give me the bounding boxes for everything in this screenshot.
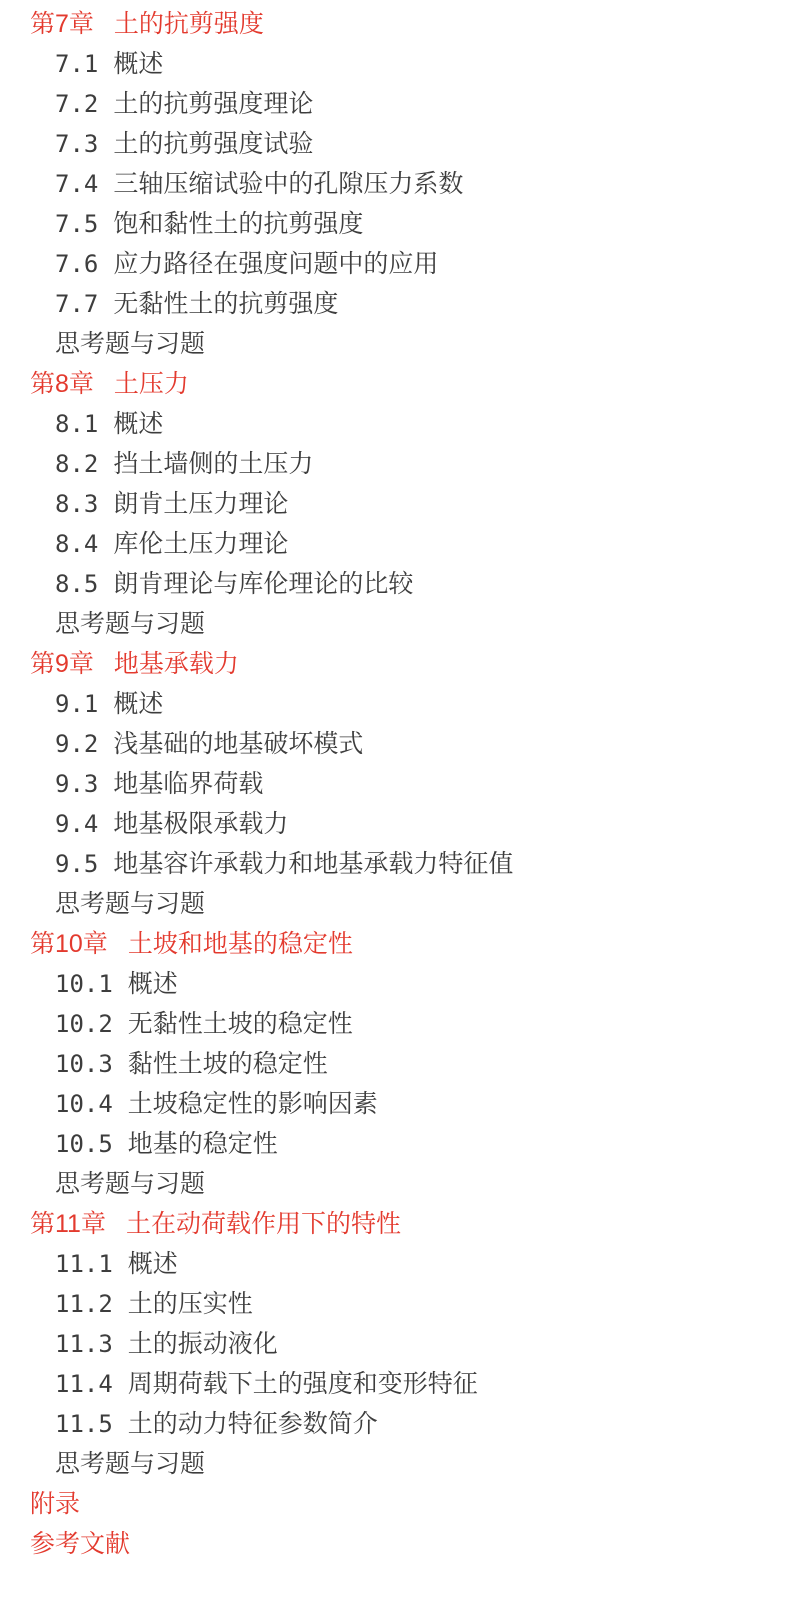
chapter-number: 第11章 xyxy=(30,1204,106,1244)
toc-section-row: 10.2无黏性土坡的稳定性 xyxy=(0,1004,790,1044)
toc-section-row: 7.4三轴压缩试验中的孔隙压力系数 xyxy=(0,164,790,204)
section-number: 8.1 xyxy=(55,404,98,444)
toc-section-row: 11.2土的压实性 xyxy=(0,1284,790,1324)
section-number: 10.4 xyxy=(55,1084,113,1124)
toc-section-row: 11.5土的动力特征参数简介 xyxy=(0,1404,790,1444)
toc-section-row: 11.1概述 xyxy=(0,1244,790,1284)
exercises-label: 思考题与习题 xyxy=(55,884,205,924)
section-title: 无黏性土坡的稳定性 xyxy=(128,1004,353,1044)
toc-section-row: 11.4周期荷载下土的强度和变形特征 xyxy=(0,1364,790,1404)
section-number: 7.2 xyxy=(55,84,98,124)
toc-section-row: 10.1概述 xyxy=(0,964,790,1004)
section-title: 三轴压缩试验中的孔隙压力系数 xyxy=(113,164,463,204)
section-title: 浅基础的地基破坏模式 xyxy=(113,724,363,764)
section-title: 土的压实性 xyxy=(128,1284,253,1324)
toc-section-row: 7.2土的抗剪强度理论 xyxy=(0,84,790,124)
section-number: 10.1 xyxy=(55,964,113,1004)
chapter-list: 第7章土的抗剪强度7.1概述7.2土的抗剪强度理论7.3土的抗剪强度试验7.4三… xyxy=(0,4,790,1484)
section-title: 朗肯理论与库伦理论的比较 xyxy=(113,564,413,604)
toc-section-row: 11.3土的振动液化 xyxy=(0,1324,790,1364)
exercises-label: 思考题与习题 xyxy=(55,324,205,364)
section-title: 应力路径在强度问题中的应用 xyxy=(113,244,438,284)
toc-section-row: 8.4库伦土压力理论 xyxy=(0,524,790,564)
exercises-row: 思考题与习题 xyxy=(0,1164,790,1204)
exercises-row: 思考题与习题 xyxy=(0,324,790,364)
section-title: 概述 xyxy=(113,44,163,84)
toc-section-row: 7.3土的抗剪强度试验 xyxy=(0,124,790,164)
section-title: 土的抗剪强度理论 xyxy=(113,84,313,124)
toc-section-row: 10.3黏性土坡的稳定性 xyxy=(0,1044,790,1084)
section-title: 无黏性土的抗剪强度 xyxy=(113,284,338,324)
toc-section-row: 9.3地基临界荷载 xyxy=(0,764,790,804)
section-number: 9.5 xyxy=(55,844,98,884)
references-label: 参考文献 xyxy=(30,1524,130,1564)
chapter-number: 第9章 xyxy=(30,644,94,684)
chapter-heading: 第11章土在动荷载作用下的特性 xyxy=(0,1204,790,1244)
section-title: 土坡稳定性的影响因素 xyxy=(128,1084,378,1124)
chapter-heading: 第9章地基承载力 xyxy=(0,644,790,684)
exercises-row: 思考题与习题 xyxy=(0,884,790,924)
toc-section-row: 8.2挡土墙侧的土压力 xyxy=(0,444,790,484)
toc-section-row: 7.6应力路径在强度问题中的应用 xyxy=(0,244,790,284)
section-number: 9.4 xyxy=(55,804,98,844)
chapter-heading: 第10章土坡和地基的稳定性 xyxy=(0,924,790,964)
exercises-row: 思考题与习题 xyxy=(0,1444,790,1484)
chapter-title: 土的抗剪强度 xyxy=(114,4,264,44)
section-number: 9.3 xyxy=(55,764,98,804)
section-number: 9.1 xyxy=(55,684,98,724)
appendix-heading: 附录 xyxy=(0,1484,790,1524)
references-heading: 参考文献 xyxy=(0,1524,790,1564)
section-title: 土的动力特征参数简介 xyxy=(128,1404,378,1444)
toc-section-row: 7.5饱和黏性土的抗剪强度 xyxy=(0,204,790,244)
section-number: 11.1 xyxy=(55,1244,113,1284)
chapter-title: 地基承载力 xyxy=(114,644,239,684)
section-number: 8.2 xyxy=(55,444,98,484)
toc-section-row: 7.7无黏性土的抗剪强度 xyxy=(0,284,790,324)
section-title: 朗肯土压力理论 xyxy=(113,484,288,524)
section-number: 8.5 xyxy=(55,564,98,604)
section-number: 10.3 xyxy=(55,1044,113,1084)
section-number: 8.4 xyxy=(55,524,98,564)
chapter-number: 第8章 xyxy=(30,364,94,404)
chapter-heading: 第7章土的抗剪强度 xyxy=(0,4,790,44)
section-title: 库伦土压力理论 xyxy=(113,524,288,564)
section-title: 挡土墙侧的土压力 xyxy=(113,444,313,484)
chapter-heading: 第8章土压力 xyxy=(0,364,790,404)
section-number: 10.5 xyxy=(55,1124,113,1164)
section-title: 周期荷载下土的强度和变形特征 xyxy=(128,1364,478,1404)
section-title: 概述 xyxy=(113,684,163,724)
section-number: 11.2 xyxy=(55,1284,113,1324)
section-number: 11.4 xyxy=(55,1364,113,1404)
section-number: 7.1 xyxy=(55,44,98,84)
toc-section-row: 9.2浅基础的地基破坏模式 xyxy=(0,724,790,764)
exercises-label: 思考题与习题 xyxy=(55,1164,205,1204)
chapter-title: 土压力 xyxy=(114,364,189,404)
section-number: 11.5 xyxy=(55,1404,113,1444)
section-title: 土的抗剪强度试验 xyxy=(113,124,313,164)
exercises-label: 思考题与习题 xyxy=(55,1444,205,1484)
toc-section-row: 9.1概述 xyxy=(0,684,790,724)
chapter-title: 土坡和地基的稳定性 xyxy=(128,924,353,964)
section-number: 7.5 xyxy=(55,204,98,244)
section-number: 10.2 xyxy=(55,1004,113,1044)
section-number: 11.3 xyxy=(55,1324,113,1364)
appendix-label: 附录 xyxy=(30,1484,80,1524)
section-title: 黏性土坡的稳定性 xyxy=(128,1044,328,1084)
section-title: 饱和黏性土的抗剪强度 xyxy=(113,204,363,244)
section-title: 地基临界荷载 xyxy=(113,764,263,804)
table-of-contents: 第7章土的抗剪强度7.1概述7.2土的抗剪强度理论7.3土的抗剪强度试验7.4三… xyxy=(0,4,790,1564)
section-title: 概述 xyxy=(128,1244,178,1284)
toc-section-row: 10.4土坡稳定性的影响因素 xyxy=(0,1084,790,1124)
chapter-number: 第10章 xyxy=(30,924,108,964)
section-title: 地基极限承载力 xyxy=(113,804,288,844)
toc-section-row: 9.4地基极限承载力 xyxy=(0,804,790,844)
section-number: 9.2 xyxy=(55,724,98,764)
toc-page: 第7章土的抗剪强度7.1概述7.2土的抗剪强度理论7.3土的抗剪强度试验7.4三… xyxy=(0,0,790,1564)
toc-section-row: 8.3朗肯土压力理论 xyxy=(0,484,790,524)
toc-section-row: 7.1概述 xyxy=(0,44,790,84)
exercises-label: 思考题与习题 xyxy=(55,604,205,644)
section-title: 地基容许承载力和地基承载力特征值 xyxy=(113,844,513,884)
toc-section-row: 10.5地基的稳定性 xyxy=(0,1124,790,1164)
chapter-number: 第7章 xyxy=(30,4,94,44)
section-number: 7.6 xyxy=(55,244,98,284)
toc-section-row: 8.1概述 xyxy=(0,404,790,444)
chapter-title: 土在动荷载作用下的特性 xyxy=(126,1204,401,1244)
section-title: 地基的稳定性 xyxy=(128,1124,278,1164)
section-title: 概述 xyxy=(113,404,163,444)
exercises-row: 思考题与习题 xyxy=(0,604,790,644)
section-number: 8.3 xyxy=(55,484,98,524)
section-title: 概述 xyxy=(128,964,178,1004)
toc-section-row: 8.5朗肯理论与库伦理论的比较 xyxy=(0,564,790,604)
section-number: 7.7 xyxy=(55,284,98,324)
section-number: 7.4 xyxy=(55,164,98,204)
toc-section-row: 9.5地基容许承载力和地基承载力特征值 xyxy=(0,844,790,884)
section-title: 土的振动液化 xyxy=(128,1324,278,1364)
section-number: 7.3 xyxy=(55,124,98,164)
